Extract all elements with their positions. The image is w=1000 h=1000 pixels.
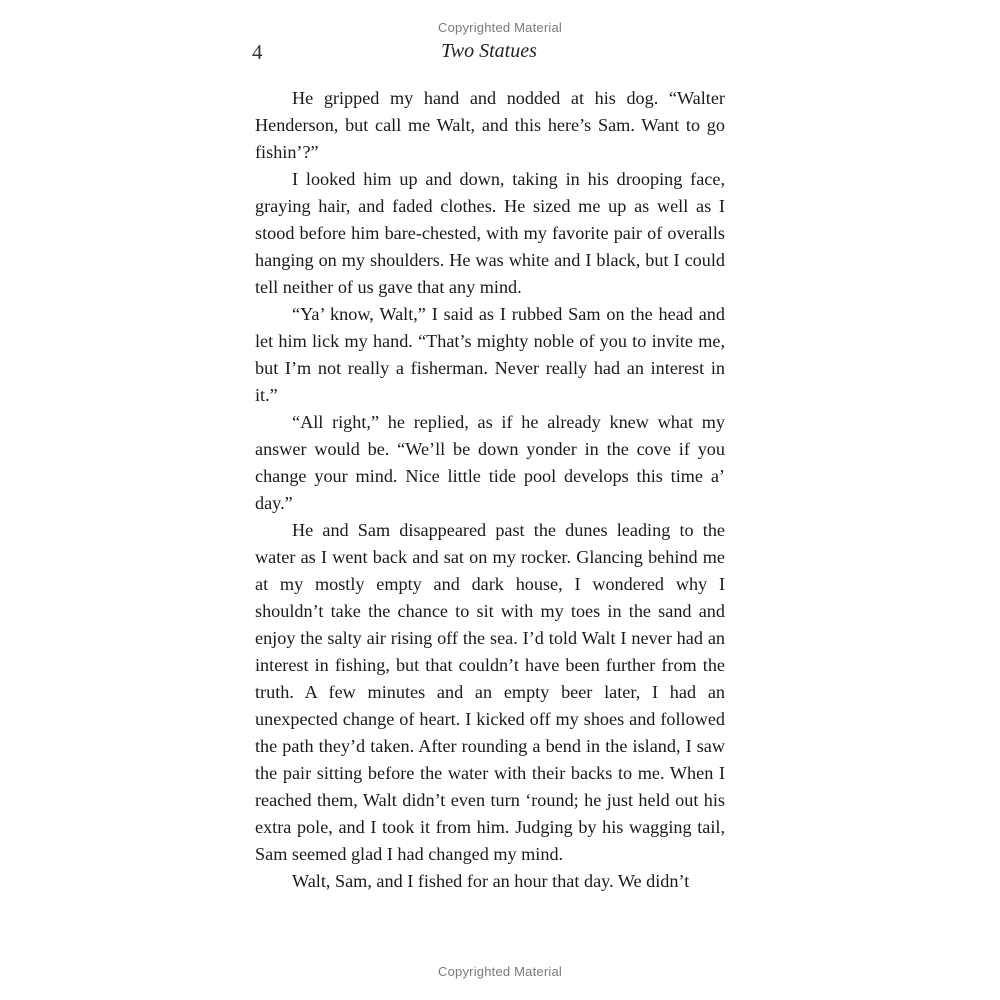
body-text: He gripped my hand and nodded at his dog… — [255, 85, 725, 895]
copyright-watermark-top: Copyrighted Material — [0, 20, 1000, 35]
copyright-watermark-bottom: Copyrighted Material — [0, 964, 1000, 979]
paragraph: He gripped my hand and nodded at his dog… — [255, 85, 725, 166]
paragraph: “Ya’ know, Walt,” I said as I rubbed Sam… — [255, 301, 725, 409]
paragraph: I looked him up and down, taking in his … — [255, 166, 725, 301]
paragraph: He and Sam disappeared past the dunes le… — [255, 517, 725, 868]
paragraph: “All right,” he replied, as if he alread… — [255, 409, 725, 517]
running-title: Two Statues — [252, 40, 726, 63]
paragraph: Walt, Sam, and I fished for an hour that… — [255, 868, 725, 895]
running-header: 4 Two Statues — [252, 40, 726, 68]
